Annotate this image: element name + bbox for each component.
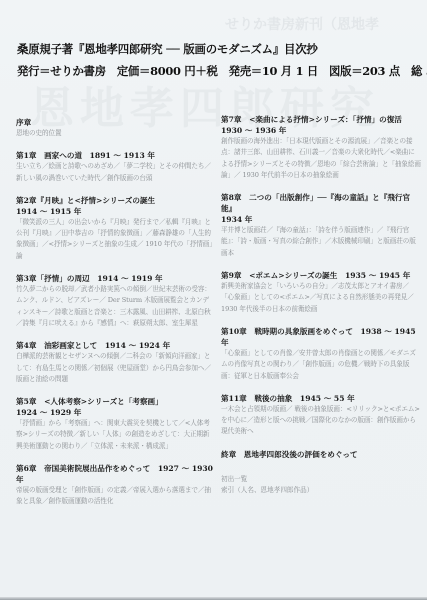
toc-section-chapter-3: 第3章「抒情」の周辺 1914 ～ 1919 年 竹久夢二からの脱却／武者小路実… [16, 273, 214, 329]
section-title: 終章 恩地孝四郎没後の評価をめぐって [221, 449, 421, 460]
back-matter-item: 初出一覧 [221, 474, 421, 485]
section-body: 生い立ち／絵画と詩歌へのめざめ／「夢二学校」とその仲間たち／新しい風の渦巻いてい… [16, 161, 214, 184]
section-body: 「抒情画」から「考察画」へ：関東大震災を契機として／<人体考察>シリーズの特徴／… [16, 418, 214, 452]
section-title: 第6章 帝国美術院展出品作をめぐって 1927 ～ 1930 年 [16, 463, 214, 485]
section-body: 新興美術家協会と「いろいろの自分」／志茂太郎とアオイ書房／「心象画」としての<ポ… [221, 281, 421, 315]
toc-section-chapter-2: 第2章『月映』と<抒情>シリーズの誕生 1914 ～ 1915 年 「微笑派の三… [16, 195, 214, 262]
flyer-header: 桑原規子著『恩地孝四郎研究 ── 版画のモダニズム』目次抄 発行＝せりか書房 定… [17, 41, 419, 79]
section-body: 恩地の史的位置 [16, 128, 214, 139]
section-title: 第4章 油彩画家として 1914 ～ 1924 年 [16, 340, 214, 351]
section-title: 序章 [16, 117, 214, 128]
toc-section-chapter-9: 第9章 <ポエム>シリーズの誕生 1935 ～ 1945 年 新興美術家協会と「… [221, 270, 421, 315]
toc-section-chapter-11: 第11章 戦後の抽象 1945 ～ 55 年 一木会と占領期の版画／ 戦後の抽象… [221, 393, 421, 438]
toc-section-chapter-7: 第7章 <楽曲による抒情>シリーズ：「抒情」の復活 1930 ～ 1936 年 … [221, 114, 421, 181]
background-ghost-text: せりか書房新刊（恩地孝 [225, 14, 379, 34]
section-body: 帝展の版画受理と「創作版画」の定義／帝展入選から落選まで／抽象と具象／創作版画運… [16, 485, 214, 508]
section-title: 第1章 画家への道 1891 ～ 1913 年 [16, 150, 214, 161]
toc-section-chapter-1: 第1章 画家への道 1891 ～ 1913 年 生い立ち／絵画と詩歌へのめざめ／… [16, 150, 214, 184]
section-title: 第7章 <楽曲による抒情>シリーズ：「抒情」の復活 [221, 114, 421, 125]
toc-left-column: 序章 恩地の史的位置 第1章 画家への道 1891 ～ 1913 年 生い立ち／… [16, 117, 214, 519]
toc-section-prologue: 序章 恩地の史的位置 [16, 117, 214, 139]
toc-section-epilogue: 終章 恩地孝四郎没後の評価をめぐって [221, 449, 421, 460]
flyer-page: せりか書房新刊（恩地孝 恩地孝四郎研究 桑原規子著『恩地孝四郎研究 ── 版画の… [0, 0, 427, 600]
section-body: 一木会と占領期の版画／ 戦後の抽象版画：<リリック>と<ポエム>を中心に／造形と… [221, 404, 421, 438]
section-body: 「心象画」としての肖像／安井曾太郎の肖像画との関係／モダニズムの肖像写真との関わ… [221, 348, 421, 382]
toc-section-chapter-10: 第10章 戦時期の具象版画をめぐって 1938 ～ 1945 年 「心象画」とし… [221, 326, 421, 382]
section-body: 竹久夢二からの脱却／武者小路実篤への傾倒／世紀末芸術の受容：ムンク、ルドン、ビア… [16, 284, 214, 329]
section-title: 第2章『月映』と<抒情>シリーズの誕生 [16, 195, 214, 206]
toc-section-chapter-5: 第5章 <人体考察>シリーズと「考察画」 1924 ～ 1929 年 「抒情画」… [16, 396, 214, 452]
book-title: 桑原規子著『恩地孝四郎研究 ── 版画のモダニズム』目次抄 [17, 41, 419, 57]
section-body: 「微笑派の三人」の出会いから『月映』発行まで／私輯『月映』と公刊『月映』／田中恭… [16, 217, 214, 262]
section-years: 1924 ～ 1929 年 [16, 407, 214, 418]
toc-section-chapter-8: 第8章 二つの「出版創作」──『海の童話』と『飛行官能』 1934 年 平井博と… [221, 192, 421, 259]
publication-info: 発行＝せりか書房 定価＝8000 円＋税 発売＝10 月 1 日 図版＝203 … [17, 63, 419, 79]
section-title: 第3章「抒情」の周辺 1914 ～ 1919 年 [16, 273, 214, 284]
back-matter-item: 索引（人名、恩地孝四郎作品） [221, 485, 421, 496]
back-matter: 初出一覧 索引（人名、恩地孝四郎作品） [221, 474, 421, 497]
section-title: 第11章 戦後の抽象 1945 ～ 55 年 [221, 393, 421, 404]
section-title: 第8章 二つの「出版創作」──『海の童話』と『飛行官能』 [221, 192, 421, 214]
section-years: 1914 ～ 1915 年 [16, 206, 214, 217]
section-title: 第5章 <人体考察>シリーズと「考察画」 [16, 396, 214, 407]
section-body: 白樺派的芸術観とセザンヌへの傾倒／二科会の「新傾向洋画家」として：有島生馬との関… [16, 351, 214, 385]
section-title: 第9章 <ポエム>シリーズの誕生 1935 ～ 1945 年 [221, 270, 421, 281]
section-body: 平井博と版画荘／『海の童話』：「詩を伴う版画連作」／『飛行官能』：「詩・版画・写… [221, 225, 421, 259]
section-years: 1930 ～ 1936 年 [221, 125, 421, 136]
section-body: 創作版画の海外進出：「日本現代版画とその源流展」／音楽との接点：諸井三郎、山田耕… [221, 136, 421, 181]
section-years: 1934 年 [221, 214, 421, 225]
toc-right-column: 第7章 <楽曲による抒情>シリーズ：「抒情」の復活 1930 ～ 1936 年 … [221, 114, 421, 496]
toc-section-chapter-4: 第4章 油彩画家として 1914 ～ 1924 年 白樺派的芸術観とセザンヌへの… [16, 340, 214, 385]
section-title: 第10章 戦時期の具象版画をめぐって 1938 ～ 1945 年 [221, 326, 421, 348]
toc-section-chapter-6: 第6章 帝国美術院展出品作をめぐって 1927 ～ 1930 年 帝展の版画受理… [16, 463, 214, 508]
